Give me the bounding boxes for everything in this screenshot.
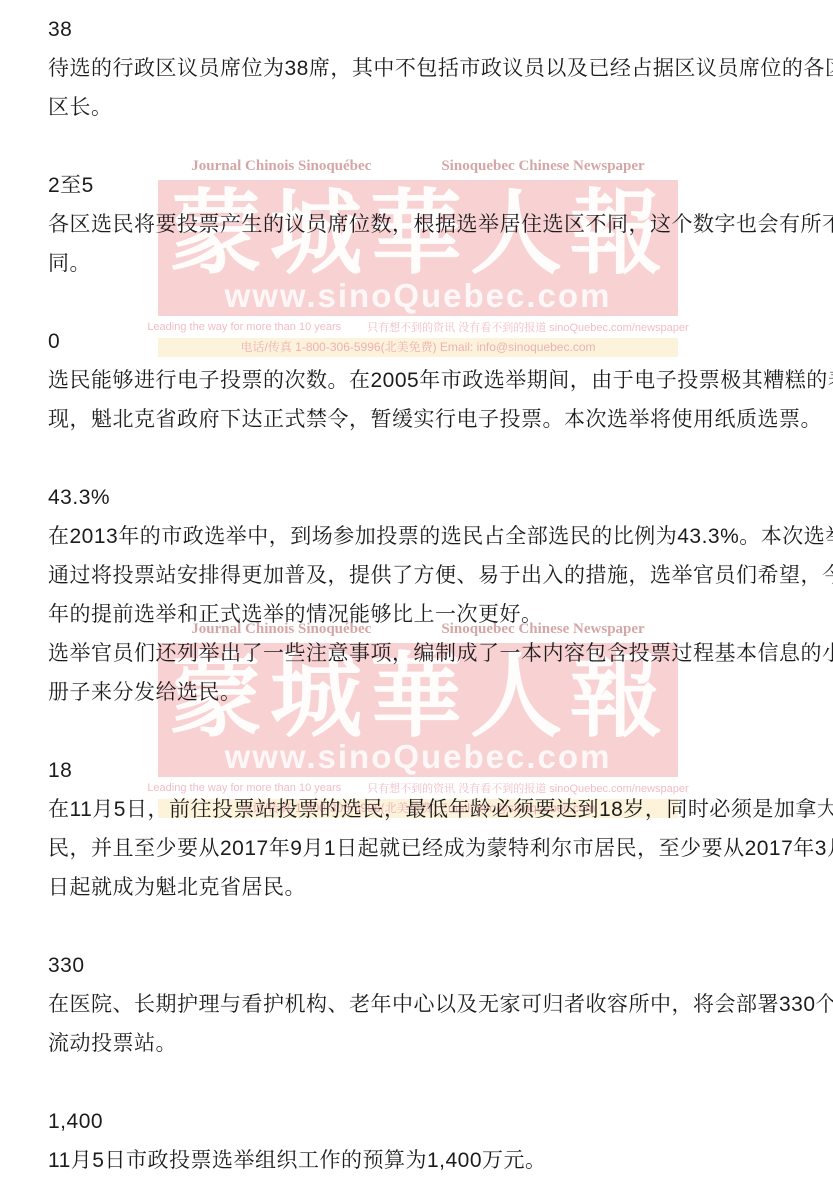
paragraph-line: 各区选民将要投票产生的议员席位数，根据选举居住选区不同，这个数字也会有所不 [48,205,803,244]
stat-section-evoting: 0 选民能够进行电子投票的次数。在2005年市政选举期间，由于电子投票极其糟糕的… [48,322,803,439]
stat-value: 38 [48,10,803,49]
stat-section-seats: 38 待选的行政区议员席位为38席，其中不包括市政议员以及已经占据区议员席位的各… [48,10,803,127]
paragraph-line: 在2013年的市政选举中，到场参加投票的选民占全部选民的比例为43.3%。本次选… [48,517,803,556]
paragraph-line: 选举官员们还列举出了一些注意事项，编制成了一本内容包含投票过程基本信息的小 [48,634,803,673]
stat-section-budget: 1,400 11月5日市政投票选举组织工作的预算为1,400万元。 [48,1102,803,1180]
stat-value: 43.3% [48,478,803,517]
paragraph-line: 在11月5日，前往投票站投票的选民，最低年龄必须要达到18岁，同时必须是加拿大公 [48,790,803,829]
paragraph-line: 年的提前选举和正式选举的情况能够比上一次更好。 [48,595,803,634]
stat-value: 330 [48,946,803,985]
paragraph-line: 流动投票站。 [48,1024,803,1063]
stat-value: 18 [48,751,803,790]
paragraph-line: 通过将投票站安排得更加普及，提供了方便、易于出入的措施，选举官员们希望，今 [48,556,803,595]
paragraph-line: 选民能够进行电子投票的次数。在2005年市政选举期间，由于电子投票极其糟糕的表 [48,361,803,400]
stat-section-mobile-stations: 330 在医院、长期护理与看护机构、老年中心以及无家可归者收容所中，将会部署33… [48,946,803,1063]
stat-value: 2至5 [48,166,803,205]
stat-section-votes-per-district: 2至5 各区选民将要投票产生的议员席位数，根据选举居住选区不同，这个数字也会有所… [48,166,803,283]
paragraph-line: 日起就成为魁北克省居民。 [48,868,803,907]
paragraph-line: 区长。 [48,88,803,127]
paragraph-line: 同。 [48,244,803,283]
paragraph-line: 民，并且至少要从2017年9月1日起就已经成为蒙特利尔市居民，至少要从2017年… [48,829,803,868]
paragraph-line: 册子来分发给选民。 [48,673,803,712]
stat-section-turnout: 43.3% 在2013年的市政选举中，到场参加投票的选民占全部选民的比例为43.… [48,478,803,712]
paragraph-line: 在医院、长期护理与看护机构、老年中心以及无家可归者收容所中，将会部署330个 [48,985,803,1024]
stat-section-voting-age: 18 在11月5日，前往投票站投票的选民，最低年龄必须要达到18岁，同时必须是加… [48,751,803,907]
stat-value: 0 [48,322,803,361]
paragraph-line: 11月5日市政投票选举组织工作的预算为1,400万元。 [48,1141,803,1180]
paragraph-line: 现，魁北克省政府下达正式禁令，暂缓实行电子投票。本次选举将使用纸质选票。 [48,400,803,439]
paragraph-line: 待选的行政区议员席位为38席，其中不包括市政议员以及已经占据区议员席位的各区 [48,49,803,88]
article-body: 38 待选的行政区议员席位为38席，其中不包括市政议员以及已经占据区议员席位的各… [0,0,833,1180]
stat-value: 1,400 [48,1102,803,1141]
